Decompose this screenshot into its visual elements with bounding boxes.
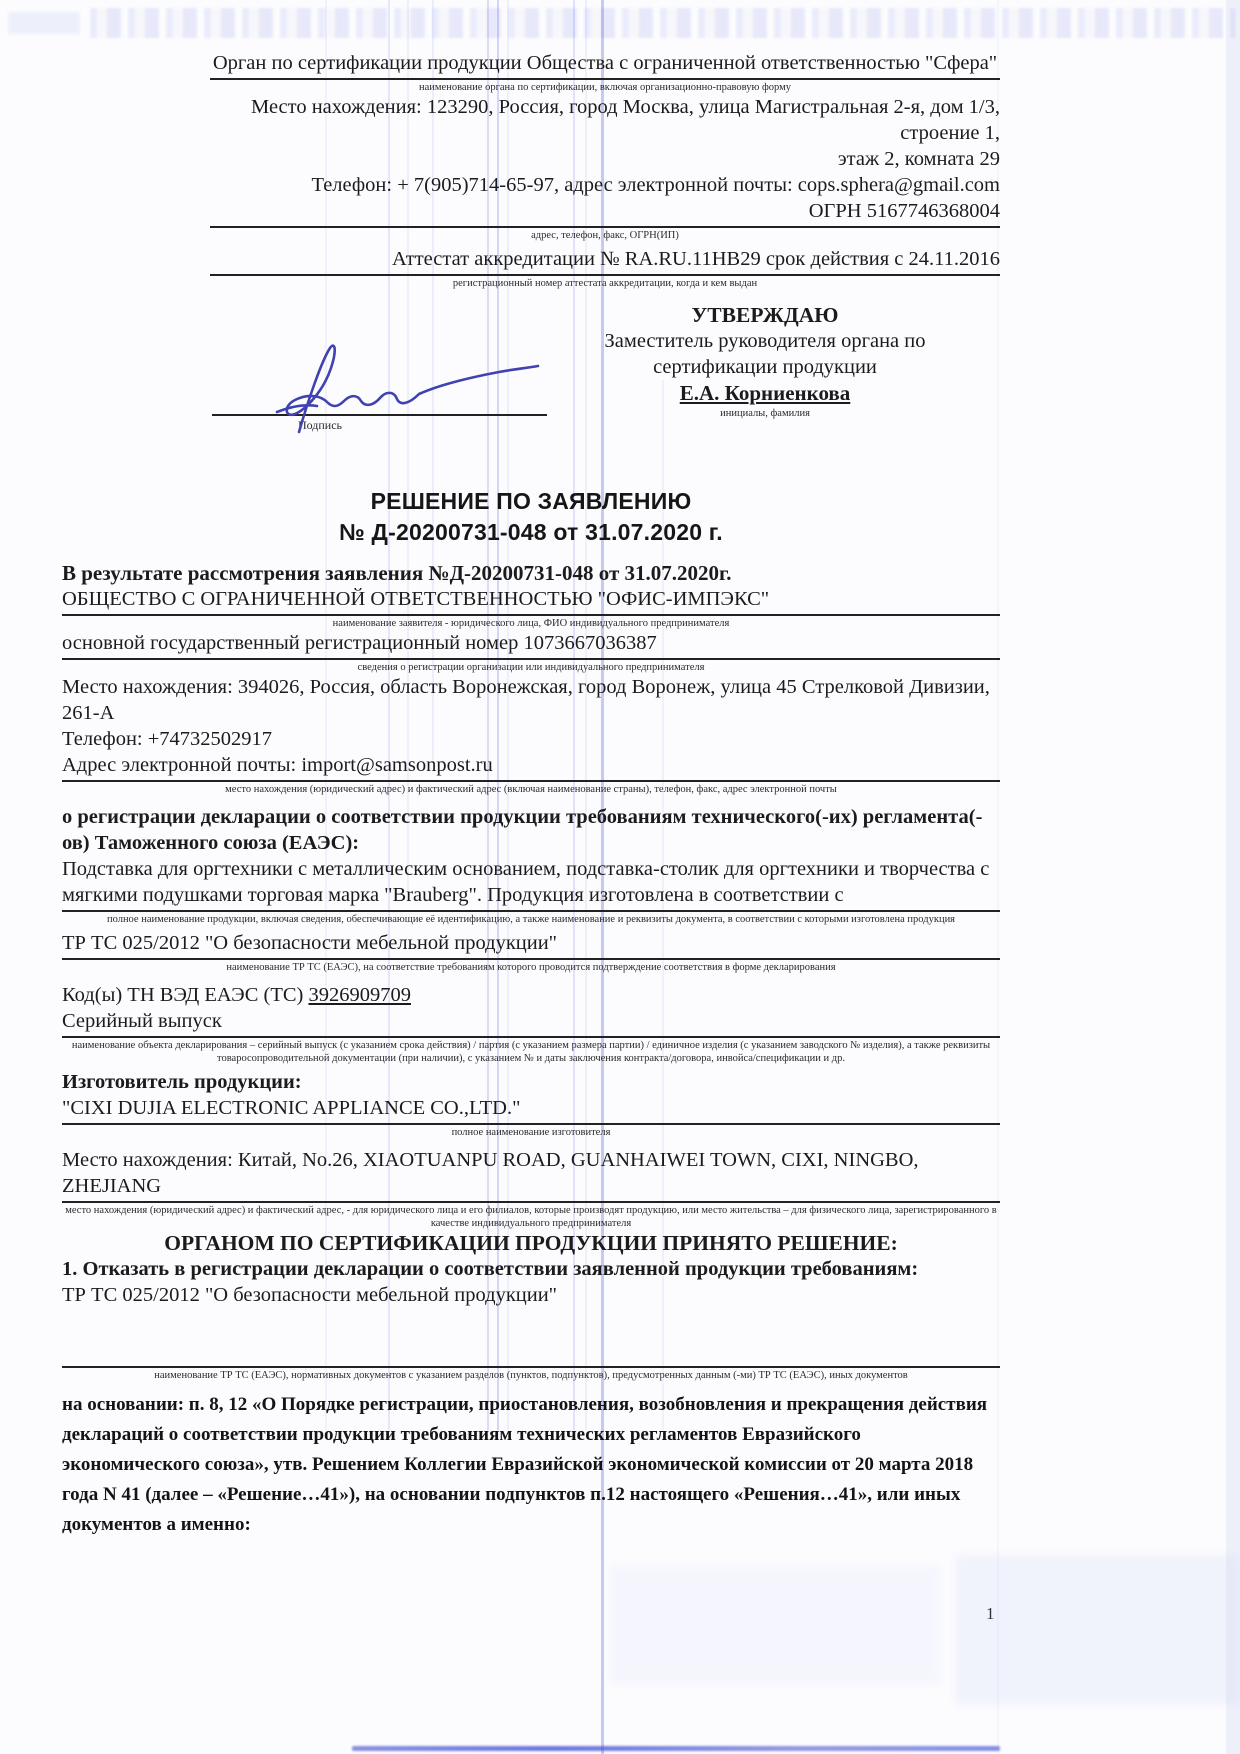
product-caption: полное наименование продукции, включая с… [62,913,1000,926]
approver-name: Е.А. Корниенкова [530,380,1000,406]
manufacturer-name: "CIXI DUJIA ELECTRONIC APPLIANCE CO.,LTD… [62,1095,1000,1121]
scan-bottom-smudge [352,1746,1000,1751]
decision-heading: ОРГАНОМ ПО СЕРТИФИКАЦИИ ПРОДУКЦИИ ПРИНЯТ… [62,1230,1000,1256]
applicant-ogrn: основной государственный регистрационный… [62,630,1000,656]
page-number: 1 [986,1604,995,1624]
applicant-name: ОБЩЕСТВО С ОГРАНИЧЕННОЙ ОТВЕТСТВЕННОСТЬЮ… [62,586,1000,612]
divider [210,274,1000,276]
applicant-contact-caption: место нахождения (юридический адрес) и ф… [62,783,1000,796]
divider [62,910,1000,912]
cert-body-name-caption: наименование органа по сертификации, вкл… [210,81,1000,94]
approver-name-caption: инициалы, фамилия [530,407,1000,420]
signature-line [212,356,547,416]
decision-tr-ts: ТР ТС 025/2012 "О безопасности мебельной… [62,1282,1000,1308]
divider [210,226,1000,228]
divider [62,614,1000,616]
divider [210,78,1000,80]
approver-position-line1: Заместитель руководителя органа по [530,328,1000,354]
approver-position-line2: сертификации продукции [530,354,1000,380]
approval-signature-row: УТВЕРЖДАЮ Заместитель руководителя орган… [62,290,1000,458]
divider [62,780,1000,782]
applicant-email: Адрес электронной почты: import@samsonpo… [62,752,1000,778]
cert-body-phone: Телефон: + 7(905)714-65-97, адрес электр… [210,172,1000,198]
manufacturer-caption: полное наименование изготовителя [62,1126,1000,1139]
scan-tint-patch [610,1565,940,1685]
decision-caption: наименование ТР ТС (ЕАЭС), нормативных д… [62,1369,1000,1382]
manufacturer-label: Изготовитель продукции: [62,1069,1000,1095]
cert-body-contact-caption: адрес, телефон, факс, ОГРН(ИП) [210,229,1000,242]
manufacturer-address: Место нахождения: Китай, No.26, XIAOTUAN… [62,1147,1000,1199]
intro-statement: В результате рассмотрения заявления №Д-2… [62,560,1000,586]
cert-body-address-line2: этаж 2, комната 29 [210,146,1000,172]
subject-statement: о регистрации декларации о соответствии … [62,804,1000,856]
divider [62,658,1000,660]
manufacturer-address-caption: место нахождения (юридический адрес) и ф… [62,1204,1000,1230]
scan-tint-patch [955,1555,1240,1705]
tr-ts-caption: наименование ТР ТС (ЕАЭС), на соответств… [62,961,1000,974]
applicant-address: Место нахождения: 394026, Россия, област… [62,674,1000,726]
accreditation-line: Аттестат аккредитации № RA.RU.11НВ29 сро… [210,246,1000,272]
decision-item-1: 1. Отказать в регистрации декларации о с… [62,1256,1000,1282]
divider [62,958,1000,960]
divider [62,1201,1000,1203]
tnved-label: Код(ы) ТН ВЭД ЕАЭС (ТС) [62,984,308,1006]
approve-word: УТВЕРЖДАЮ [530,302,1000,328]
tnved-code: 3926909709 [308,984,411,1006]
cert-body-ogrn: ОГРН 5167746368004 [210,198,1000,224]
scan-edge-band [1226,0,1240,1754]
scanned-document-page: Орган по сертификации продукции Общества… [0,0,1240,1754]
document-title-line1: РЕШЕНИЕ ПО ЗАЯВЛЕНИЮ [62,486,1000,517]
applicant-phone: Телефон: +74732502917 [62,726,1000,752]
applicant-name-caption: наименование заявителя - юридического ли… [62,617,1000,630]
product-description: Подставка для оргтехники с металлическим… [62,856,1000,908]
serial-release: Серийный выпуск [62,1008,1000,1034]
cert-body-name: Орган по сертификации продукции Общества… [210,50,1000,76]
cert-body-address-line1: Место нахождения: 123290, Россия, город … [210,94,1000,146]
tr-ts-name: ТР ТС 025/2012 "О безопасности мебельной… [62,930,1000,956]
signature-image [247,344,547,436]
divider [62,1366,1000,1368]
basis-paragraph: на основании: п. 8, 12 «О Порядке регист… [62,1390,1000,1540]
tnved-line: Код(ы) ТН ВЭД ЕАЭС (ТС) 3926909709 [62,982,1000,1008]
divider [62,1036,1000,1038]
applicant-ogrn-caption: сведения о регистрации организации или и… [62,661,1000,674]
document-title-line2: № Д-20200731-048 от 31.07.2020 г. [62,517,1000,548]
serial-caption: наименование объекта декларирования – се… [62,1039,1000,1065]
accreditation-caption: регистрационный номер аттестата аккредит… [210,277,1000,290]
divider [62,1123,1000,1125]
